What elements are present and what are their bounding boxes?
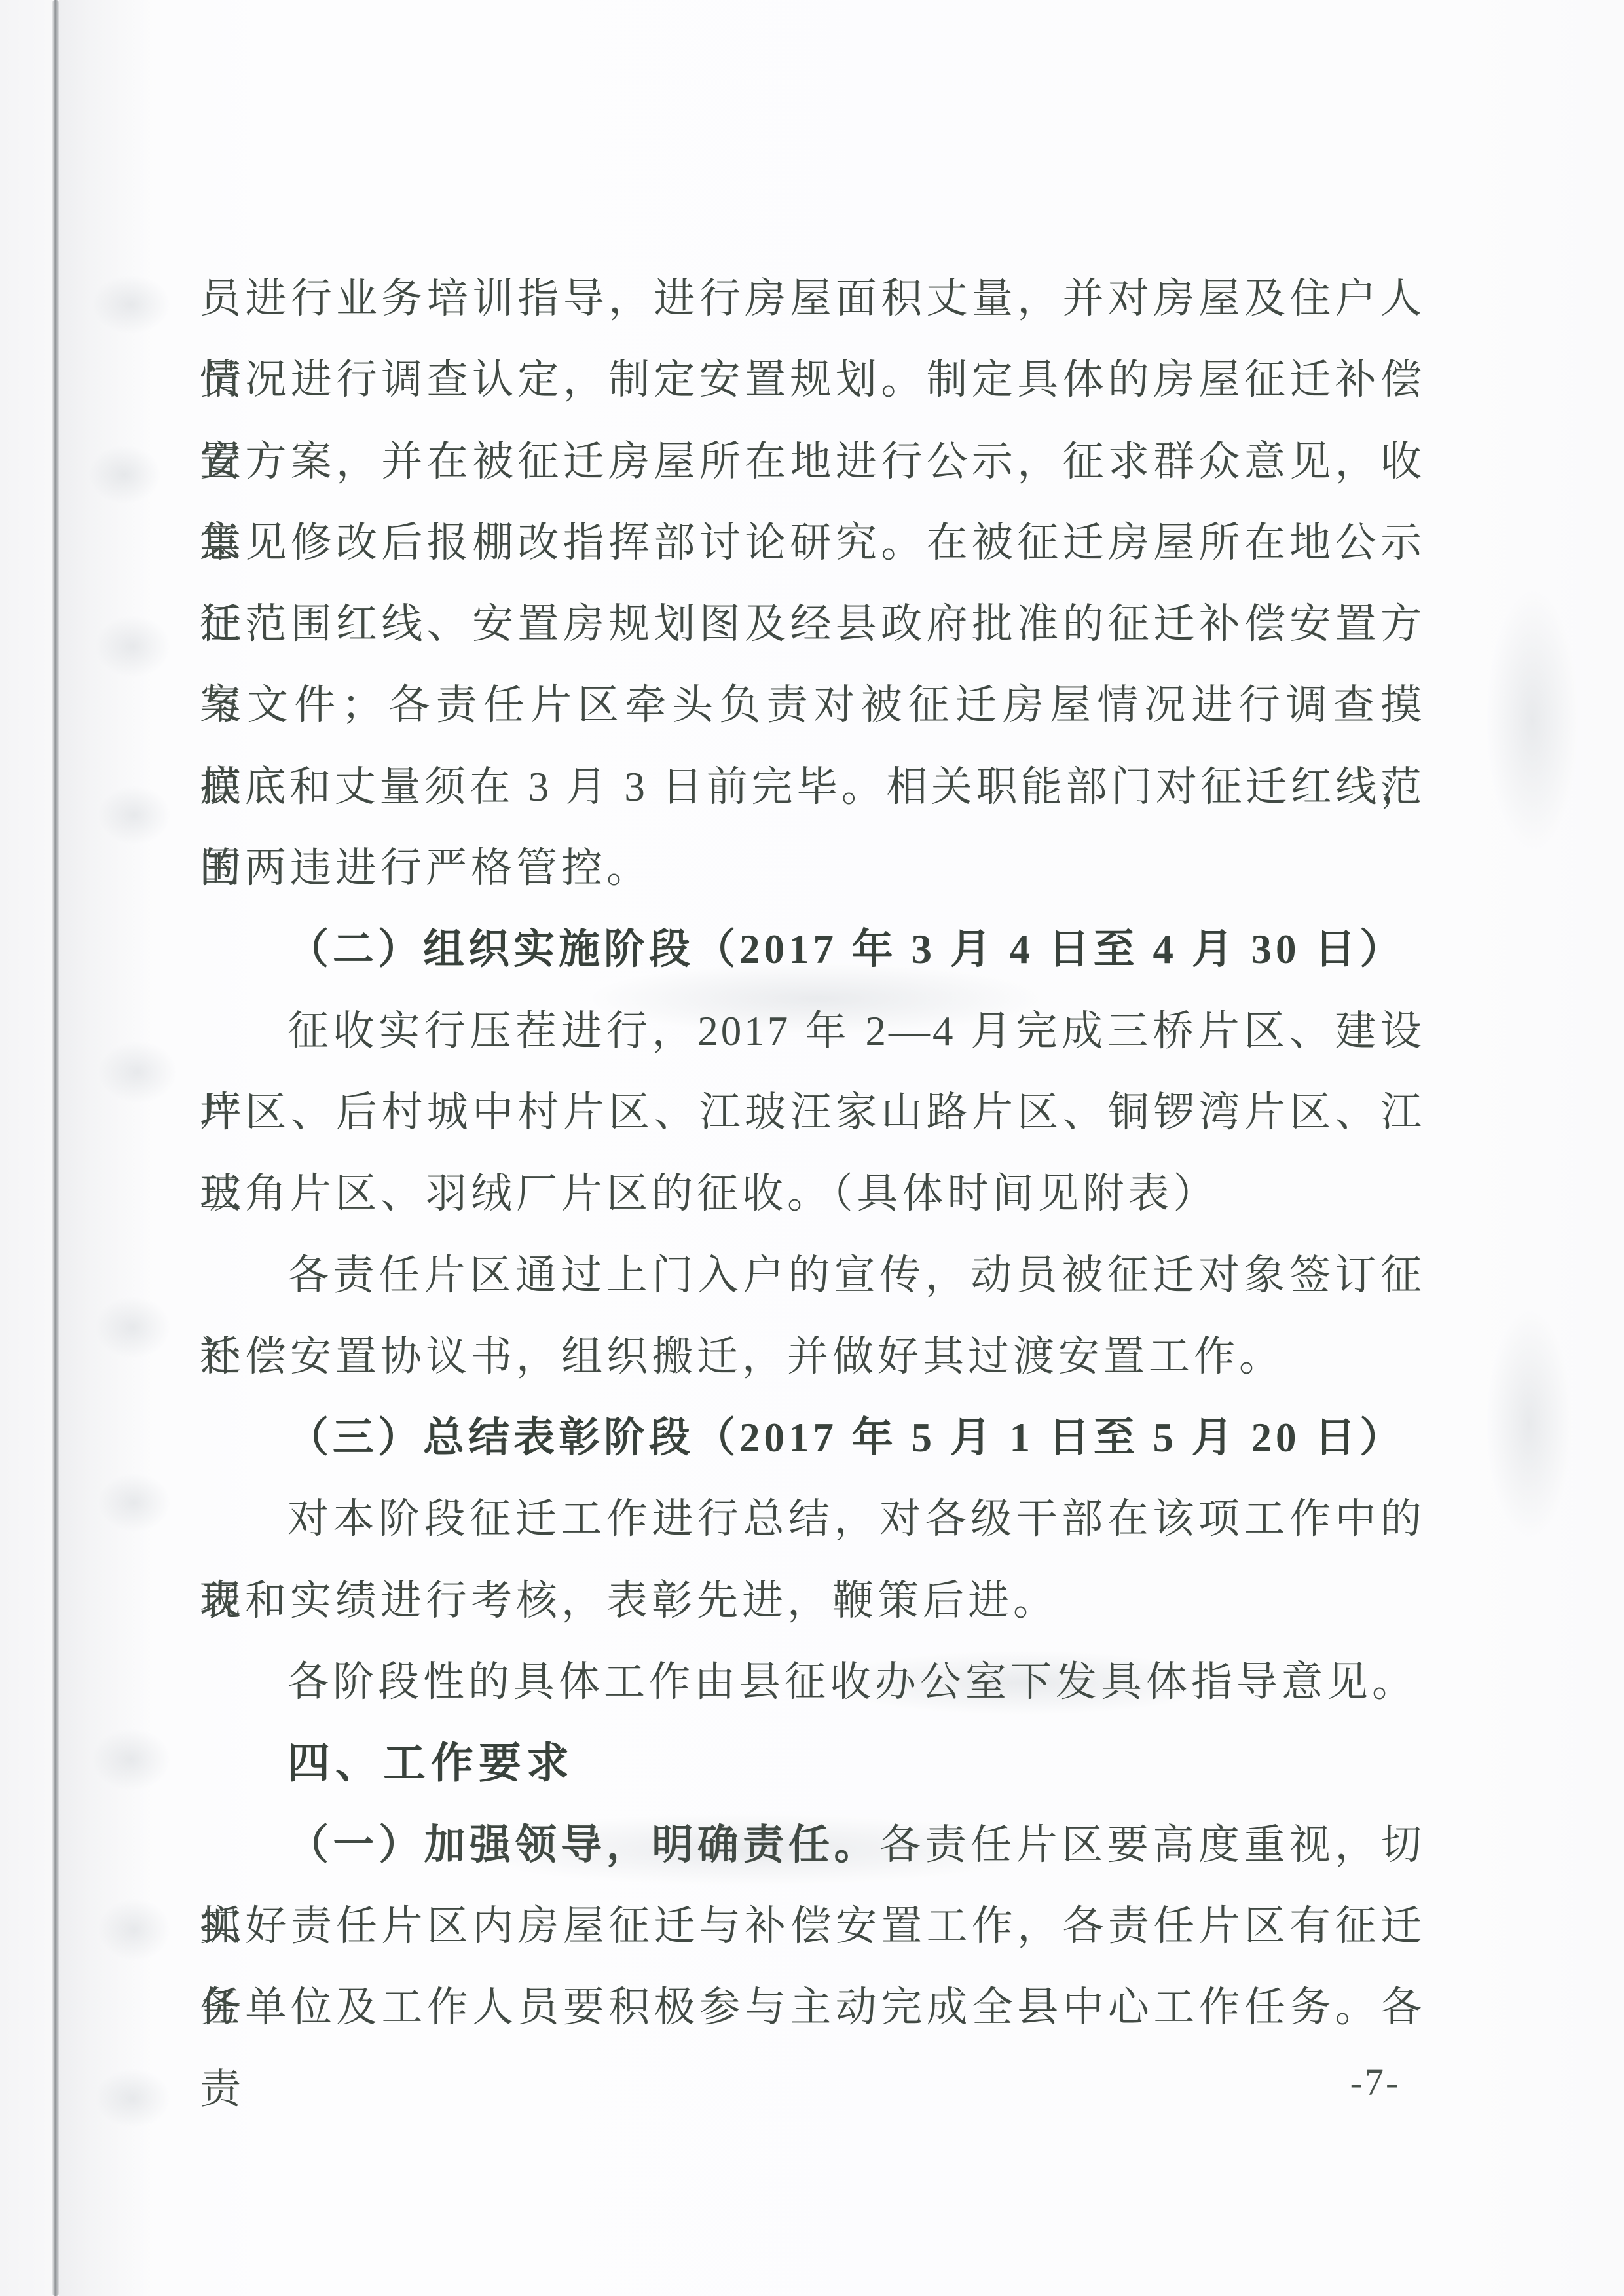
heading-line: （二）组织实施阶段（2017 年 3 月 4 日至 4 月 30 日） <box>200 909 1424 990</box>
document-page: 员进行业务培训指导，进行房屋面积丈量，并对房屋及住户人员情况进行调查认定，制定安… <box>0 0 1624 2296</box>
text-segment: 务单位及工作人员要积极参与主动完成全县中心工作任务。各责 <box>200 1984 1424 2111</box>
text-line: 抓好责任片区内房屋征迁与补偿安置工作，各责任片区有征迁任 <box>200 1886 1424 1967</box>
text-line: 三角片区、羽绒厂片区的征收。（具体时间见附表） <box>200 1153 1424 1234</box>
text-line: 各阶段性的具体工作由县征收办公室下发具体指导意见。 <box>200 1641 1424 1722</box>
text-segment: 现和实绩进行考核，表彰先进，鞭策后进。 <box>200 1578 1058 1624</box>
text-segment: （二）组织实施阶段（2017 年 3 月 4 日至 4 月 30 日） <box>287 926 1405 972</box>
text-segment: 各阶段性的具体工作由县征收办公室下发具体指导意见。 <box>287 1659 1417 1705</box>
text-segment: 三角片区、羽绒厂片区的征收。（具体时间见附表） <box>200 1171 1219 1216</box>
text-line: 的两违进行严格管控。 <box>200 828 1424 909</box>
text-line: 意见修改后报棚改指挥部讨论研究。在被征迁房屋所在地公示征 <box>200 502 1424 583</box>
text-segment: （一）加强领导，明确责任。 <box>287 1822 879 1868</box>
text-line: 迁范围红线、安置房规划图及经县政府批准的征迁补偿安置方案 <box>200 583 1424 665</box>
text-line: 现和实绩进行考核，表彰先进，鞭策后进。 <box>200 1560 1424 1641</box>
text-line: 置方案，并在被征迁房屋所在地进行公示，征求群众意见，收集 <box>200 421 1424 502</box>
page-fold-edge <box>52 0 59 2296</box>
text-segment: 补偿安置协议书，组织搬迁，并做好其过渡安置工作。 <box>200 1334 1284 1379</box>
text-line: 对本阶段征迁工作进行总结，对各级干部在该项工作中的表 <box>200 1478 1424 1559</box>
heading-line: （三）总结表彰阶段（2017 年 5 月 1 日至 5 月 20 日） <box>200 1397 1424 1478</box>
page-edge-shading <box>59 0 151 2296</box>
scan-artifact <box>1486 1309 1572 1539</box>
text-line: 与文件；各责任片区牵头负责对被征迁房屋情况进行调查摸底， <box>200 665 1424 746</box>
document-body: 员进行业务培训指导，进行房屋面积丈量，并对房屋及住户人员情况进行调查认定，制定安… <box>200 258 1424 2049</box>
text-line: （一）加强领导，明确责任。各责任片区要高度重视，切实 <box>200 1804 1424 1886</box>
text-line: 片区、后村城中村片区、江玻汪家山路片区、铜锣湾片区、江玻 <box>200 1072 1424 1153</box>
text-line: 征收实行压茬进行，2017 年 2—4 月完成三桥片区、建设坪 <box>200 991 1424 1072</box>
text-line: 各责任片区通过上门入户的宣传，动员被征迁对象签订征迁 <box>200 1235 1424 1316</box>
text-segment: 的两违进行严格管控。 <box>200 845 652 891</box>
text-line: 员进行业务培训指导，进行房屋面积丈量，并对房屋及住户人员 <box>200 258 1424 339</box>
heading-line: 四、工作要求 <box>200 1722 1424 1804</box>
text-line: 补偿安置协议书，组织搬迁，并做好其过渡安置工作。 <box>200 1316 1424 1397</box>
scan-artifact <box>1486 589 1578 851</box>
text-line: 情况进行调查认定，制定安置规划。制定具体的房屋征迁补偿安 <box>200 339 1424 420</box>
text-line: 摸底和丈量须在 3 月 3 日前完毕。相关职能部门对征迁红线范围 <box>200 746 1424 828</box>
page-number: -7- <box>1300 2053 1450 2112</box>
text-segment: 四、工作要求 <box>287 1739 574 1787</box>
text-line: 务单位及工作人员要积极参与主动完成全县中心工作任务。各责 <box>200 1967 1424 2048</box>
text-segment: （三）总结表彰阶段（2017 年 5 月 1 日至 5 月 20 日） <box>287 1415 1405 1461</box>
